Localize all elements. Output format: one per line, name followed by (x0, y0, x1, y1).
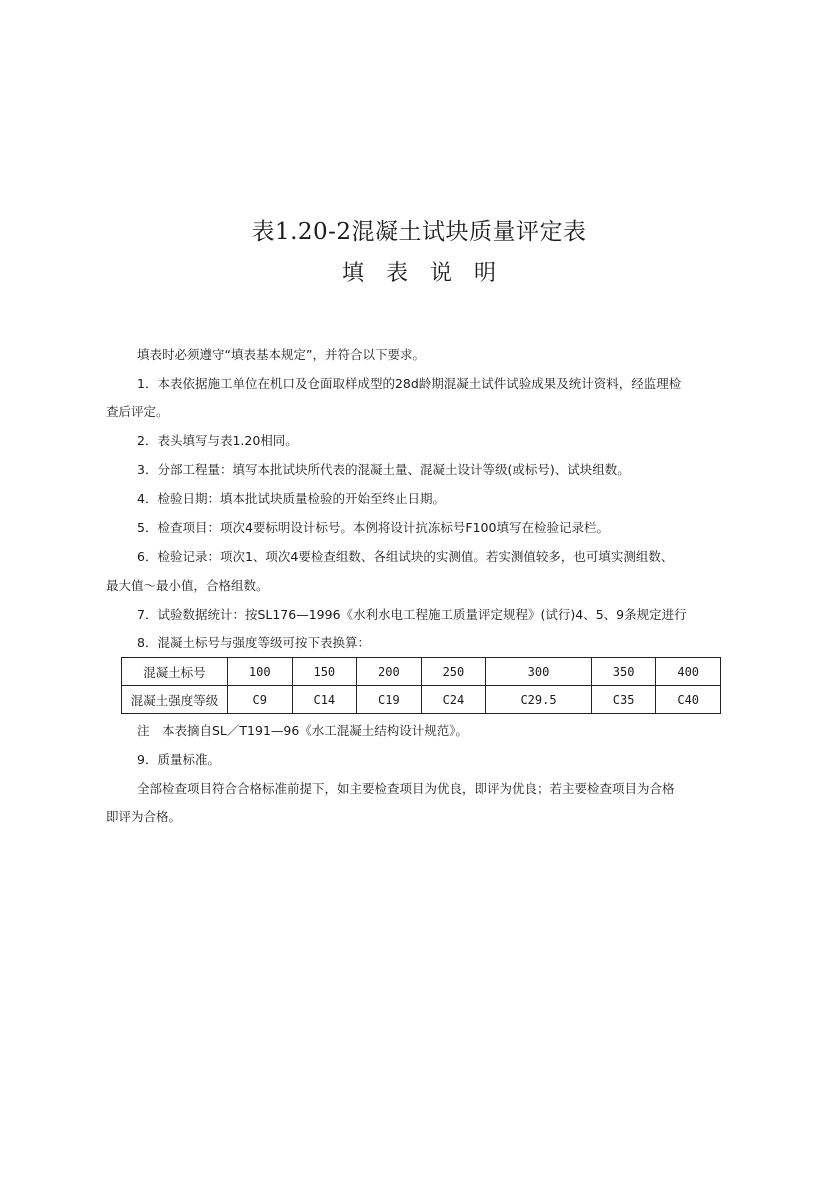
item-9: 9．质量标准。 (106, 745, 718, 774)
row-header-grade-number: 混凝土标号 (122, 658, 228, 686)
table-cell: 200 (357, 658, 422, 686)
table-cell: 100 (228, 658, 293, 686)
table-row-grade-number: 混凝土标号 100 150 200 250 300 350 400 (122, 658, 721, 686)
table-cell: 150 (292, 658, 357, 686)
item-3: 3．分部工程量：填写本批试块所代表的混凝土量、混凝土设计等级(或标号)、试块组数… (106, 455, 718, 484)
document-page: 表1.20-2混凝土试块质量评定表 填表说明 填表时必须遵守“填表基本规定”，并… (0, 0, 838, 1186)
table-cell: 400 (656, 658, 721, 686)
document-title: 表1.20-2混凝土试块质量评定表 (0, 213, 838, 246)
item-1-line-2: 查后评定。 (106, 397, 718, 426)
item-5: 5．检查项目：项次4要标明设计标号。本例将设计抗冻标号F100填写在检验记录栏。 (106, 513, 718, 542)
row-header-strength-class: 混凝土强度等级 (122, 686, 228, 714)
table-cell: C40 (656, 686, 721, 714)
document-subtitle: 填表说明 (0, 256, 838, 287)
quality-standard-line-1: 全部检查项目符合合格标准前提下，如主要检查项目为优良，即评为优良；若主要检查项目… (106, 774, 718, 803)
table-row-strength-class: 混凝土强度等级 C9 C14 C19 C24 C29.5 C35 C40 (122, 686, 721, 714)
table-note: 注 本表摘自SL／T191—96《水工混凝土结构设计规范》。 (106, 716, 718, 745)
item-6-line-1: 6．检验记录：项次1、项次4要检查组数、各组试块的实测值。若实测值较多，也可填实… (106, 542, 718, 571)
grade-conversion-table: 混凝土标号 100 150 200 250 300 350 400 混凝土强度等… (121, 657, 721, 714)
item-6-line-2: 最大值～最小值，合格组数。 (106, 571, 718, 600)
table-cell: C35 (591, 686, 656, 714)
item-8: 8．混凝土标号与强度等级可按下表换算： (106, 628, 718, 657)
table-cell: C29.5 (486, 686, 592, 714)
table-cell: 300 (486, 658, 592, 686)
quality-standard-line-2: 即评为合格。 (106, 802, 718, 831)
item-1-line-1: 1．本表依据施工单位在机口及仓面取样成型的28d龄期混凝土试件试验成果及统计资料… (106, 369, 718, 398)
table-cell: C24 (421, 686, 486, 714)
table-cell: 250 (421, 658, 486, 686)
item-4: 4．检验日期：填本批试块质量检验的开始至终止日期。 (106, 484, 718, 513)
intro-paragraph: 填表时必须遵守“填表基本规定”，并符合以下要求。 (106, 340, 718, 369)
table-cell: 350 (591, 658, 656, 686)
table-cell: C19 (357, 686, 422, 714)
table-cell: C14 (292, 686, 357, 714)
table-cell: C9 (228, 686, 293, 714)
item-2: 2．表头填写与表1.20相同。 (106, 426, 718, 455)
item-7: 7．试验数据统计：按SL176—1996《水利水电工程施工质量评定规程》(试行)… (106, 600, 718, 629)
